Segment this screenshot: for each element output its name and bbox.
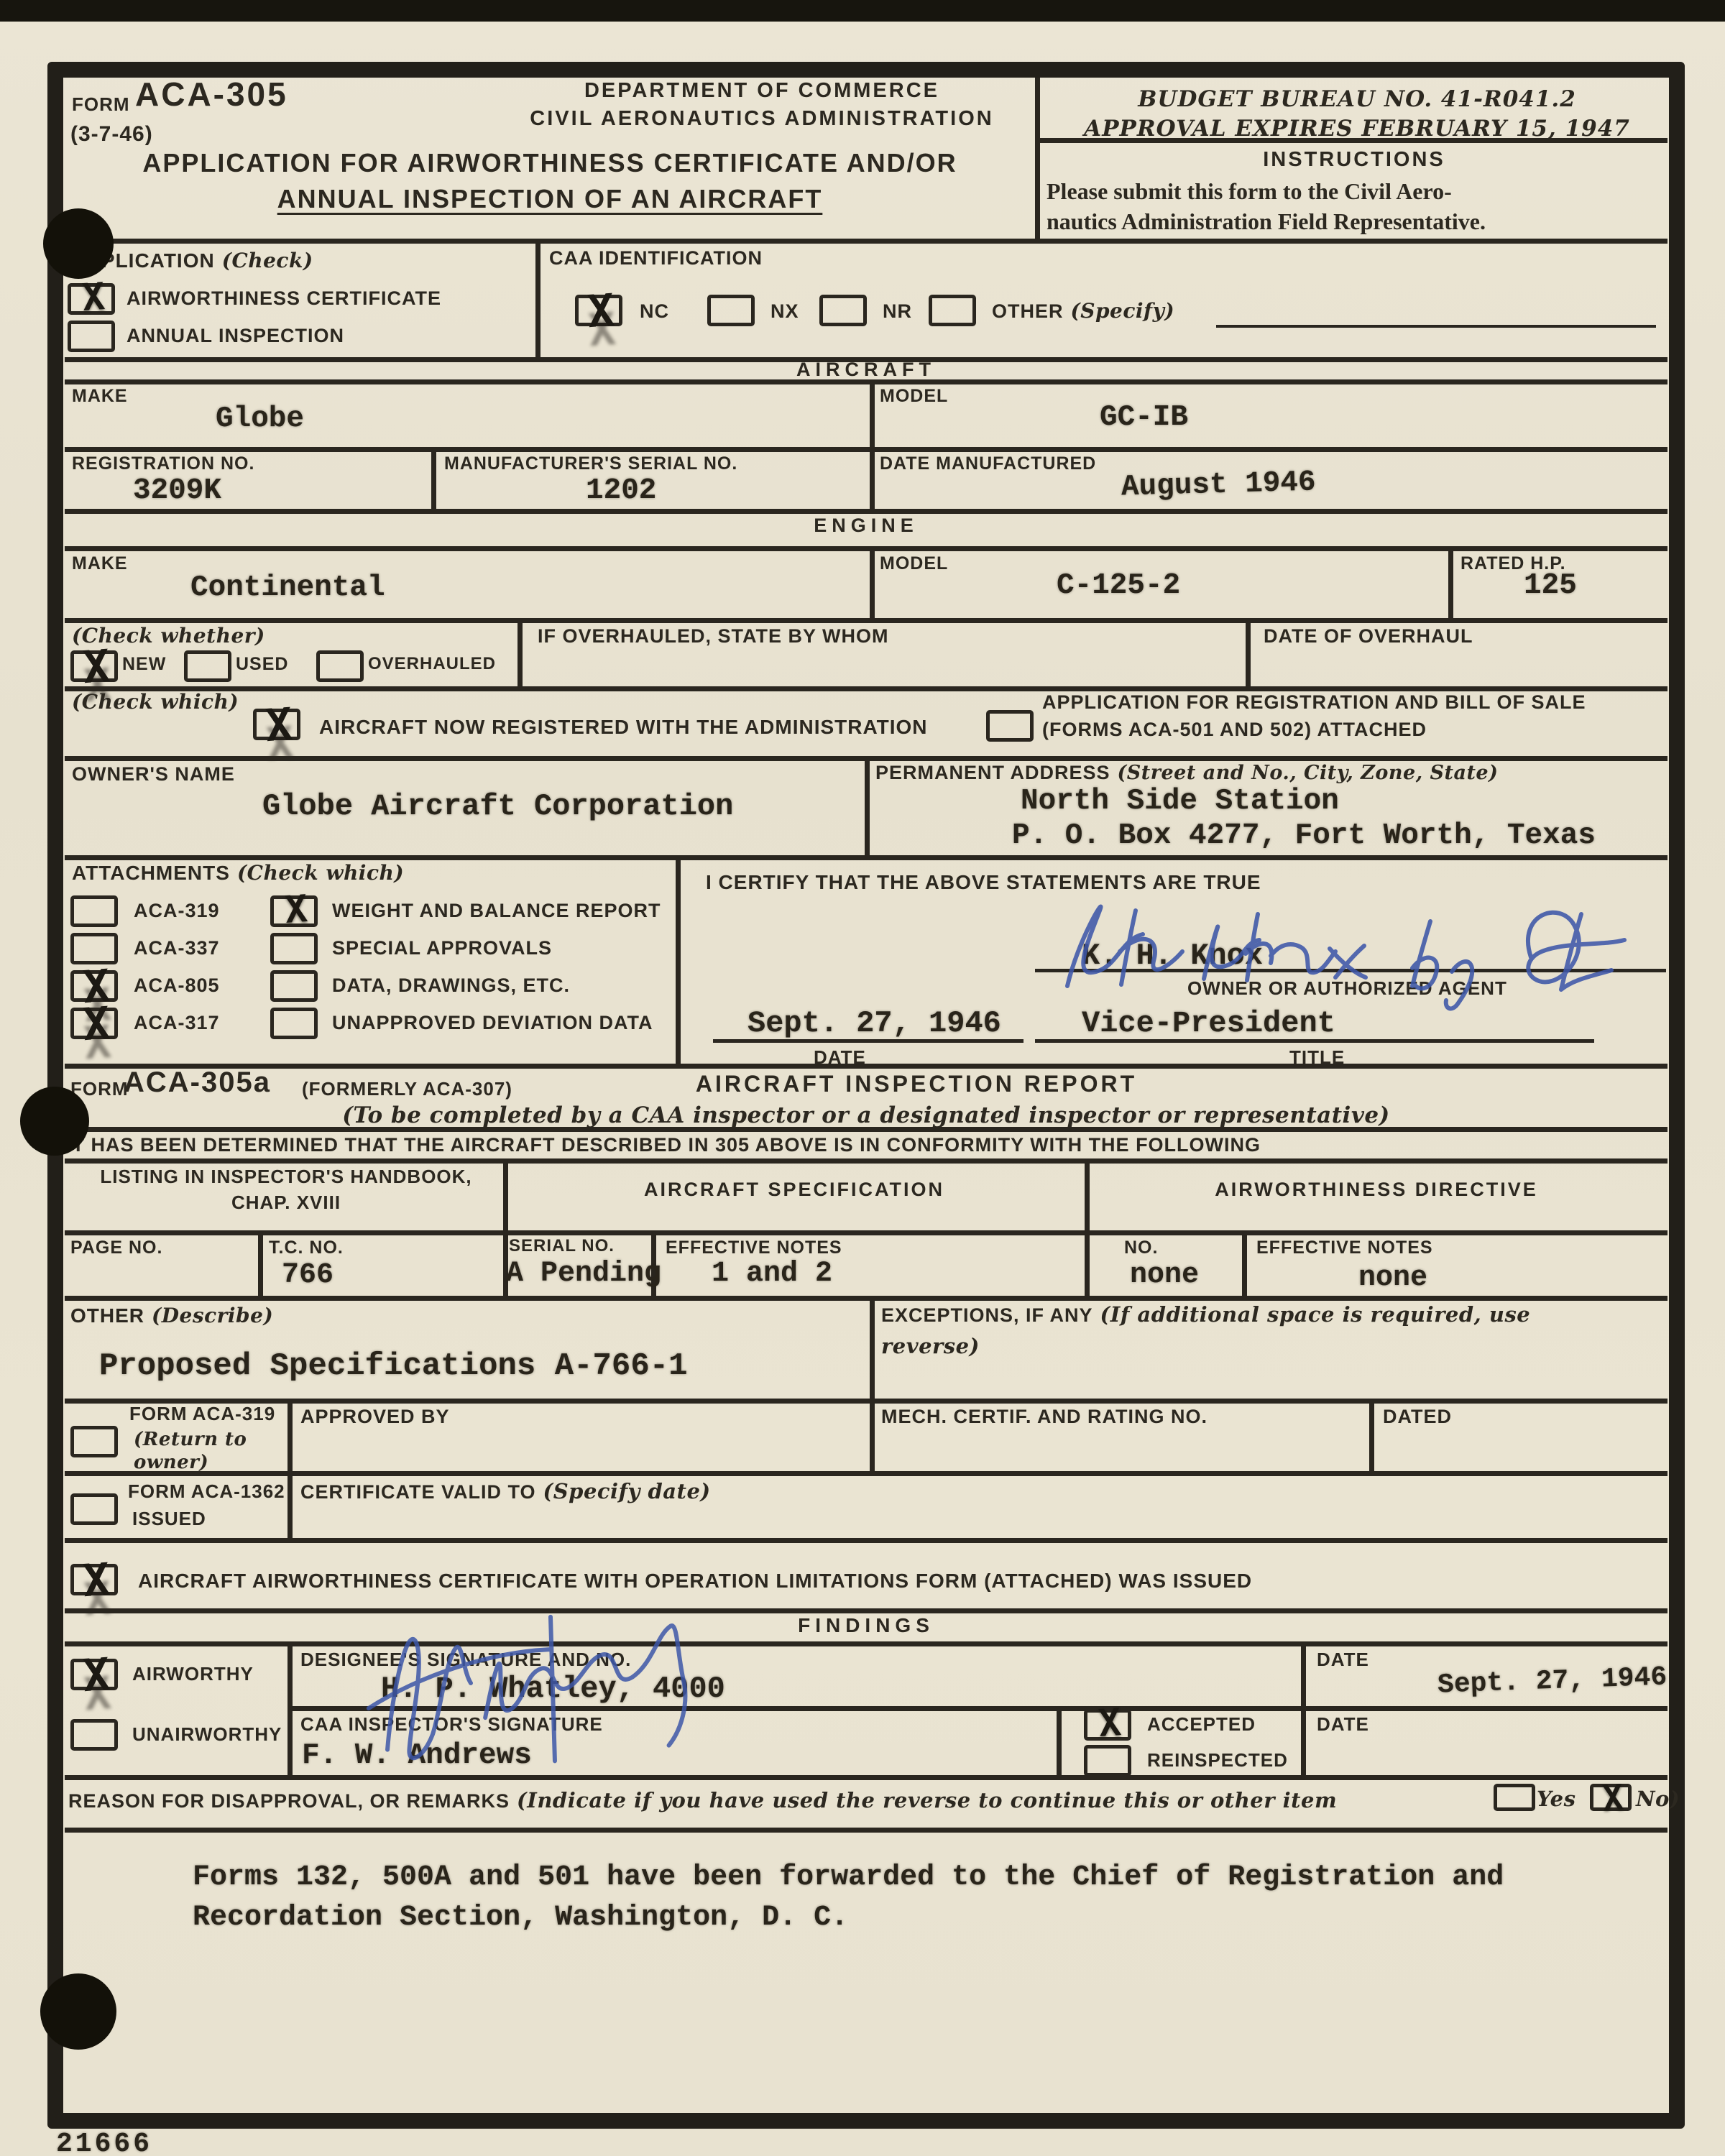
annual-inspection-label: ANNUAL INSPECTION [126,325,344,347]
check-mark: X [275,890,317,930]
divider [870,1296,875,1399]
accepted-checkbox: X [1084,1709,1131,1741]
remarks-yes-checkbox [1494,1784,1535,1811]
date-line [713,1039,1023,1043]
check-mark: X [72,277,114,318]
form-aca-319-checkbox [70,1426,118,1457]
registration-application-line1: APPLICATION FOR REGISTRATION AND BILL OF… [1042,691,1586,714]
budget-bureau-line1: BUDGET BUREAU NO. 41-R041.2 [1138,86,1576,112]
tc-no-label: T.C. NO. [269,1238,344,1258]
divider [517,618,523,686]
check-mark: X [257,705,300,745]
owner-name-value: Globe Aircraft Corporation [262,789,733,824]
engine-new-label: NEW [122,654,166,675]
divider [1246,618,1251,686]
form-number-prefix: FORM [72,93,130,116]
form-aca-1362-line1: FORM ACA-1362 [128,1480,285,1503]
divider [1085,1158,1090,1296]
check-mark: X [75,1560,117,1600]
attachments-label-italic: (Check which) [237,861,404,885]
divider [870,447,875,509]
other-id-label-text: OTHER [992,300,1064,322]
overhaul-date-label: DATE OF OVERHAUL [1264,625,1473,648]
handbook-header-line2: CHAP. XVIII [231,1192,341,1214]
serial-no-value: 1202 [586,474,656,507]
check-which-label: (Check which) [72,690,239,714]
divider [65,447,1667,452]
certification-date-value: Sept. 27, 1946 [747,1006,1001,1041]
divider [870,1399,875,1471]
directive-no-label: NO. [1124,1238,1158,1258]
unairworthy-label: UNAIRWORTHY [132,1723,282,1746]
certificate-valid-label-text: CERTIFICATE VALID TO [300,1481,536,1503]
spec-notes-value: 1 and 2 [712,1258,832,1290]
divider [65,618,1667,623]
remarks-typed-line2: Recordation Section, Washington, D. C. [193,1902,848,1934]
registration-application-line2: (FORMS ACA-501 AND 502) ATTACHED [1042,719,1427,741]
divider [65,1064,1667,1069]
form-aca-1362-checkbox [70,1493,118,1525]
divider [865,756,870,855]
engine-used-checkbox [184,650,231,682]
divider [870,546,875,618]
reinspected-label: REINSPECTED [1147,1749,1288,1772]
nx-checkbox [707,295,755,326]
other-describe-value: Proposed Specifications A-766-1 [99,1348,688,1384]
determination-statement: IT HAS BEEN DETERMINED THAT THE AIRCRAFT… [66,1134,1261,1156]
weight-balance-label: WEIGHT AND BALANCE REPORT [332,900,661,922]
scanned-form-page: FORM ACA-305 (3-7-46) DEPARTMENT OF COMM… [0,0,1725,2156]
aircraft-model-label: MODEL [880,386,948,407]
divider [1037,138,1667,143]
directive-no-value: none [1130,1259,1199,1291]
spec-serial-label: SERIAL NO. [509,1236,615,1256]
check-mark: X [75,1004,117,1044]
reason-remarks-label-italic: (Indicate if you have used the reverse t… [517,1788,1337,1812]
findings-section-title: FINDINGS [798,1614,934,1637]
dated-label: DATED [1383,1406,1452,1428]
divider [1242,1230,1247,1296]
certificate-valid-label: CERTIFICATE VALID TO(Specify date) [300,1479,711,1503]
form-number: ACA-305 [135,75,288,114]
directive-notes-value: none [1358,1262,1427,1294]
engine-make-value: Continental [190,571,385,604]
aircraft-section-title: AIRCRAFT [796,359,936,381]
remarks-no-label: No) [1636,1787,1680,1811]
airworthiness-certificate-checkbox: X [68,283,115,315]
reason-remarks-label: REASON FOR DISAPPROVAL, OR REMARKS(Indic… [68,1788,1337,1812]
remarks-no-checkbox: X [1590,1784,1632,1811]
divider [65,1127,1667,1132]
findings-date1-label: DATE [1317,1649,1369,1671]
data-drawings-checkbox [270,970,318,1002]
unapproved-deviation-checkbox [270,1008,318,1039]
attachments-label-text: ATTACHMENTS [72,862,230,884]
attachments-label: ATTACHMENTS(Check which) [72,861,404,885]
check-mark: X [579,291,622,331]
divider [65,686,1667,691]
inspection-subtitle: (To be completed by a CAA inspector or a… [342,1102,1389,1128]
remarks-typed-line1: Forms 132, 500A and 501 have been forwar… [193,1861,1504,1894]
address-line1: North Side Station [1021,785,1339,818]
overhauled-by-label: IF OVERHAULED, STATE BY WHOM [538,625,889,648]
special-approvals-checkbox [270,933,318,964]
engine-make-label: MAKE [72,553,128,574]
exceptions-label: EXCEPTIONS, IF ANY(If additional space i… [881,1302,1530,1327]
registration-no-label: REGISTRATION NO. [72,453,254,474]
other-label-italic: (Describe) [152,1304,273,1327]
aca-337-label: ACA-337 [134,937,220,959]
engine-model-label: MODEL [880,553,948,574]
instructions-line1: Please submit this form to the Civil Aer… [1046,178,1452,205]
serial-no-label: MANUFACTURER'S SERIAL NO. [444,453,737,474]
instructions-title: INSTRUCTIONS [1263,148,1445,172]
owner-name-label: OWNER'S NAME [72,763,235,786]
reinspected-checkbox [1084,1745,1131,1777]
other-id-label-italic: (Specify) [1071,299,1175,323]
mech-certif-label: MECH. CERTIF. AND RATING NO. [881,1406,1207,1428]
exceptions-label-text: EXCEPTIONS, IF ANY [881,1304,1093,1326]
document-number: 21666 [56,2129,152,2156]
form-aca-319-line1: FORM ACA-319 [129,1403,275,1425]
check-mark: X [1088,1703,1131,1743]
engine-new-checkbox: X [70,650,118,682]
engine-used-label: USED [236,654,288,675]
nc-checkbox: X [575,295,622,326]
divider [431,447,436,509]
check-mark: X [75,647,117,687]
divider [1035,78,1040,240]
hole-punch-bottom [40,1973,116,2050]
date-manufactured-value: August 1946 [1121,466,1316,504]
approved-by-label: APPROVED BY [300,1406,450,1428]
certificate-valid-label-italic: (Specify date) [543,1479,711,1503]
registration-no-value: 3209K [133,474,221,507]
airworthy-checkbox: X [70,1659,118,1690]
other-describe-label: OTHER(Describe) [70,1304,273,1327]
nx-label: NX [770,300,799,323]
spec-serial-value: A Pending [506,1258,661,1290]
certificate-issued-checkbox: X [70,1564,118,1595]
engine-section-title: ENGINE [814,515,919,537]
aircraft-make-label: MAKE [72,386,128,407]
weight-balance-checkbox: X [270,895,318,927]
tc-no-value: 766 [282,1259,333,1291]
other-label-text: OTHER [70,1304,144,1327]
other-specify-blank-line [1216,325,1656,328]
exceptions-label-italic2: reverse) [881,1334,980,1358]
application-label-italic: (Check) [222,249,313,272]
title-line [1035,1039,1594,1043]
check-mark: X [1594,1778,1632,1818]
divider [65,239,1667,244]
nr-label: NR [883,300,912,323]
owner-signature-ink [1028,871,1675,1026]
directive-notes-label: EFFECTIVE NOTES [1256,1238,1433,1258]
handbook-header-line1: LISTING IN INSPECTOR'S HANDBOOK, [100,1166,471,1188]
special-approvals-label: SPECIAL APPROVALS [332,937,552,959]
divider [65,1399,1667,1404]
engine-overhauled-label: OVERHAULED [368,654,496,674]
remarks-yes-label: Yes [1537,1787,1575,1811]
unairworthy-checkbox [70,1719,118,1751]
inspection-form-number: ACA-305a [124,1067,271,1099]
form-aca-1362-line2: ISSUED [132,1508,206,1530]
divider [65,1775,1667,1780]
divider [287,1471,293,1538]
divider [1369,1399,1374,1471]
permanent-address-label-text: PERMANENT ADDRESS [875,762,1110,783]
address-line2: P. O. Box 4277, Fort Worth, Texas [1012,819,1596,852]
inspection-title: AIRCRAFT INSPECTION REPORT [696,1071,1137,1097]
divider [65,1538,1667,1543]
registration-application-checkbox [986,710,1034,742]
divider [65,1641,1667,1646]
form-revision: (3-7-46) [70,122,153,147]
engine-model-value: C-125-2 [1057,569,1180,602]
form-title-line1: APPLICATION FOR AIRWORTHINESS CERTIFICAT… [142,148,957,178]
aca-319-label: ACA-319 [134,900,220,922]
divider [1448,546,1453,618]
aca-317-label: ACA-317 [134,1012,220,1034]
divider [65,379,1667,384]
aca-805-label: ACA-805 [134,975,220,997]
divider [258,1230,263,1296]
form-title-line2: ANNUAL INSPECTION OF AN AIRCRAFT [277,184,823,214]
divider [535,239,540,357]
annual-inspection-checkbox [68,321,115,352]
exceptions-label-italic1: (If additional space is required, use [1100,1302,1531,1327]
divider [65,546,1667,551]
registered-label: AIRCRAFT NOW REGISTERED WITH THE ADMINIS… [319,716,928,739]
other-id-label: OTHER(Specify) [992,299,1174,323]
aca-317-checkbox: X [70,1008,118,1039]
check-mark: X [75,1655,117,1695]
data-drawings-label: DATA, DRAWINGS, ETC. [332,975,570,997]
aircraft-model-value: GC-IB [1100,401,1188,434]
permanent-address-label-italic: (Street and No., City, Zone, State) [1118,762,1499,784]
reason-remarks-label-text: REASON FOR DISAPPROVAL, OR REMARKS [68,1790,510,1812]
caa-identification-label: CAA IDENTIFICATION [549,247,763,269]
scan-edge-strip [0,0,1725,22]
findings-date2-label: DATE [1317,1713,1369,1736]
other-id-checkbox [929,295,976,326]
divider [65,855,1667,860]
divider [1057,1706,1062,1775]
agency-line2: CIVIL AERONAUTICS ADMINISTRATION [530,107,993,131]
divider [65,1608,1667,1613]
spec-header: AIRCRAFT SPECIFICATION [644,1179,944,1201]
airworthiness-certificate-label: AIRWORTHINESS CERTIFICATE [126,287,441,310]
date-manufactured-label: DATE MANUFACTURED [880,453,1096,474]
registered-checkbox: X [253,709,300,740]
rated-hp-value: 125 [1524,569,1577,602]
nr-checkbox [819,295,867,326]
instructions-line2: nautics Administration Field Representat… [1046,208,1486,235]
divider [65,1230,1667,1235]
engine-overhauled-checkbox [316,650,364,682]
accepted-label: ACCEPTED [1147,1713,1256,1736]
spec-notes-label: EFFECTIVE NOTES [666,1238,842,1258]
inspection-formerly: (FORMERLY ACA-307) [302,1078,512,1100]
hole-punch-middle [20,1087,89,1156]
divider [676,855,681,1064]
form-aca-319-line3: owner) [134,1452,208,1473]
agency-line1: DEPARTMENT OF COMMERCE [584,79,939,103]
divider [65,1828,1667,1833]
permanent-address-label: PERMANENT ADDRESS(Street and No., City, … [875,762,1498,784]
aircraft-make-value: Globe [216,402,304,436]
unapproved-deviation-label: UNAPPROVED DEVIATION DATA [332,1012,653,1034]
form-aca-319-line2: (Return to [134,1429,247,1450]
page-no-label: PAGE NO. [70,1238,162,1258]
directive-header: AIRWORTHINESS DIRECTIVE [1215,1179,1538,1201]
nc-label: NC [640,300,669,323]
divider [65,1296,1667,1301]
aca-319-checkbox [70,895,118,927]
airworthy-label: AIRWORTHY [132,1663,254,1685]
divider [870,379,875,447]
divider [65,509,1667,514]
hole-punch-top [43,208,114,279]
divider [287,1399,293,1471]
divider [65,1158,1667,1164]
divider [65,1471,1667,1476]
